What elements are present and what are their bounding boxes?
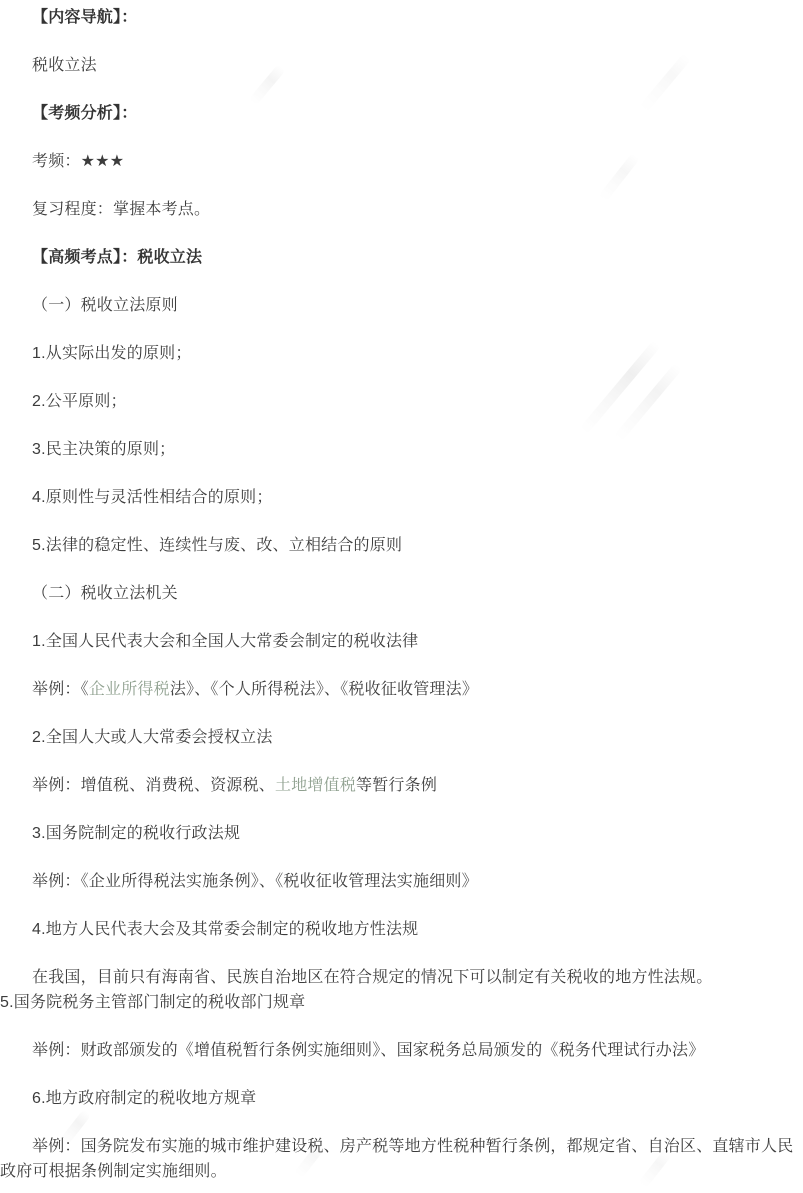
keyword-link[interactable]: 企业所得税: [89, 681, 170, 698]
text-run: 举例：国务院发布实施的城市维护建设税、房产税等地方性税种暂行条例，都规定省、自治…: [0, 1138, 793, 1180]
text-run: 在我国，目前只有海南省、民族自治地区在符合规定的情况下可以制定有关税收的地方性法…: [32, 969, 712, 986]
paragraph: 税收立法: [0, 53, 803, 78]
text-run: 1.从实际出发的原则；: [32, 345, 192, 362]
text-run: 4.地方人民代表大会及其常委会制定的税收地方性法规: [32, 921, 418, 938]
paragraph: 举例：《企业所得税法》、《个人所得税法》、《税收征收管理法》: [0, 677, 803, 702]
paragraph-line: 在我国，目前只有海南省、民族自治地区在符合规定的情况下可以制定有关税收的地方性法…: [0, 965, 803, 990]
text-run: 3.民主决策的原则；: [32, 441, 175, 458]
text-run: 5.国务院税务主管部门制定的税收部门规章: [0, 994, 305, 1011]
heading-paragraph: 【考频分析】：: [0, 101, 803, 126]
paragraph: 举例：国务院发布实施的城市维护建设税、房产税等地方性税种暂行条例，都规定省、自治…: [0, 1134, 803, 1184]
paragraph: （一）税收立法原则: [0, 293, 803, 318]
paragraph: 4.原则性与灵活性相结合的原则；: [0, 485, 803, 510]
paragraph: 举例：《企业所得税法实施条例》、《税收征收管理法实施细则》: [0, 869, 803, 894]
text-run: 2.全国人大或人大常委会授权立法: [32, 729, 273, 746]
text-run: 考频：: [32, 153, 81, 170]
text-run: 4.原则性与灵活性相结合的原则；: [32, 489, 273, 506]
text-run: 2.公平原则；: [32, 393, 127, 410]
text-run: 等暂行条例: [356, 777, 437, 794]
paragraph-line: 5.国务院税务主管部门制定的税收部门规章: [0, 990, 803, 1015]
text-run: 【内容导航】：: [32, 9, 137, 26]
text-run: （二）税收立法机关: [32, 585, 178, 602]
text-run: 举例：财政部颁发的《增值税暂行条例实施细则》、国家税务总局颁发的《税务代理试行办…: [32, 1042, 704, 1059]
paragraph: 2.公平原则；: [0, 389, 803, 414]
text-run: （一）税收立法原则: [32, 297, 178, 314]
paragraph: 考频：★★★: [0, 149, 803, 174]
text-run: 法》、《个人所得税法》、《税收征收管理法》: [170, 681, 478, 698]
article-body: 【内容导航】：税收立法【考频分析】：考频：★★★复习程度：掌握本考点。【高频考点…: [0, 0, 803, 1184]
paragraph: 1.全国人民代表大会和全国人大常委会制定的税收法律: [0, 629, 803, 654]
text-run: 举例：《: [32, 681, 89, 698]
paragraph: 2.全国人大或人大常委会授权立法: [0, 725, 803, 750]
document-page: 【内容导航】：税收立法【考频分析】：考频：★★★复习程度：掌握本考点。【高频考点…: [0, 0, 803, 1193]
text-run: 6.地方政府制定的税收地方规章: [32, 1090, 256, 1107]
heading-paragraph: 【高频考点】：税收立法: [0, 245, 803, 270]
paragraph: 3.民主决策的原则；: [0, 437, 803, 462]
text-run: 1.全国人民代表大会和全国人大常委会制定的税收法律: [32, 633, 418, 650]
paragraph: 1.从实际出发的原则；: [0, 341, 803, 366]
text-run: 举例：《企业所得税法实施条例》、《税收征收管理法实施细则》: [32, 873, 478, 890]
paragraph: （二）税收立法机关: [0, 581, 803, 606]
paragraph: 复习程度：掌握本考点。: [0, 197, 803, 222]
keyword-link[interactable]: 土地增值税: [275, 777, 356, 794]
paragraph: 5.法律的稳定性、连续性与废、改、立相结合的原则: [0, 533, 803, 558]
text-run: 税收立法: [32, 57, 97, 74]
paragraph: 4.地方人民代表大会及其常委会制定的税收地方性法规: [0, 917, 803, 942]
paragraph: 3.国务院制定的税收行政法规: [0, 821, 803, 846]
heading-paragraph: 【内容导航】：: [0, 5, 803, 30]
text-run: 【考频分析】：: [32, 105, 137, 122]
paragraph: 6.地方政府制定的税收地方规章: [0, 1086, 803, 1111]
text-run: 复习程度：掌握本考点。: [32, 201, 210, 218]
star-rating: ★★★: [81, 153, 125, 170]
paragraph: 在我国，目前只有海南省、民族自治地区在符合规定的情况下可以制定有关税收的地方性法…: [0, 965, 803, 1015]
text-run: 举例：增值税、消费税、资源税、: [32, 777, 275, 794]
text-run: 【高频考点】：税收立法: [32, 249, 202, 266]
paragraph: 举例：增值税、消费税、资源税、土地增值税等暂行条例: [0, 773, 803, 798]
text-run: 5.法律的稳定性、连续性与废、改、立相结合的原则: [32, 537, 402, 554]
paragraph: 举例：财政部颁发的《增值税暂行条例实施细则》、国家税务总局颁发的《税务代理试行办…: [0, 1038, 803, 1063]
text-run: 3.国务院制定的税收行政法规: [32, 825, 240, 842]
